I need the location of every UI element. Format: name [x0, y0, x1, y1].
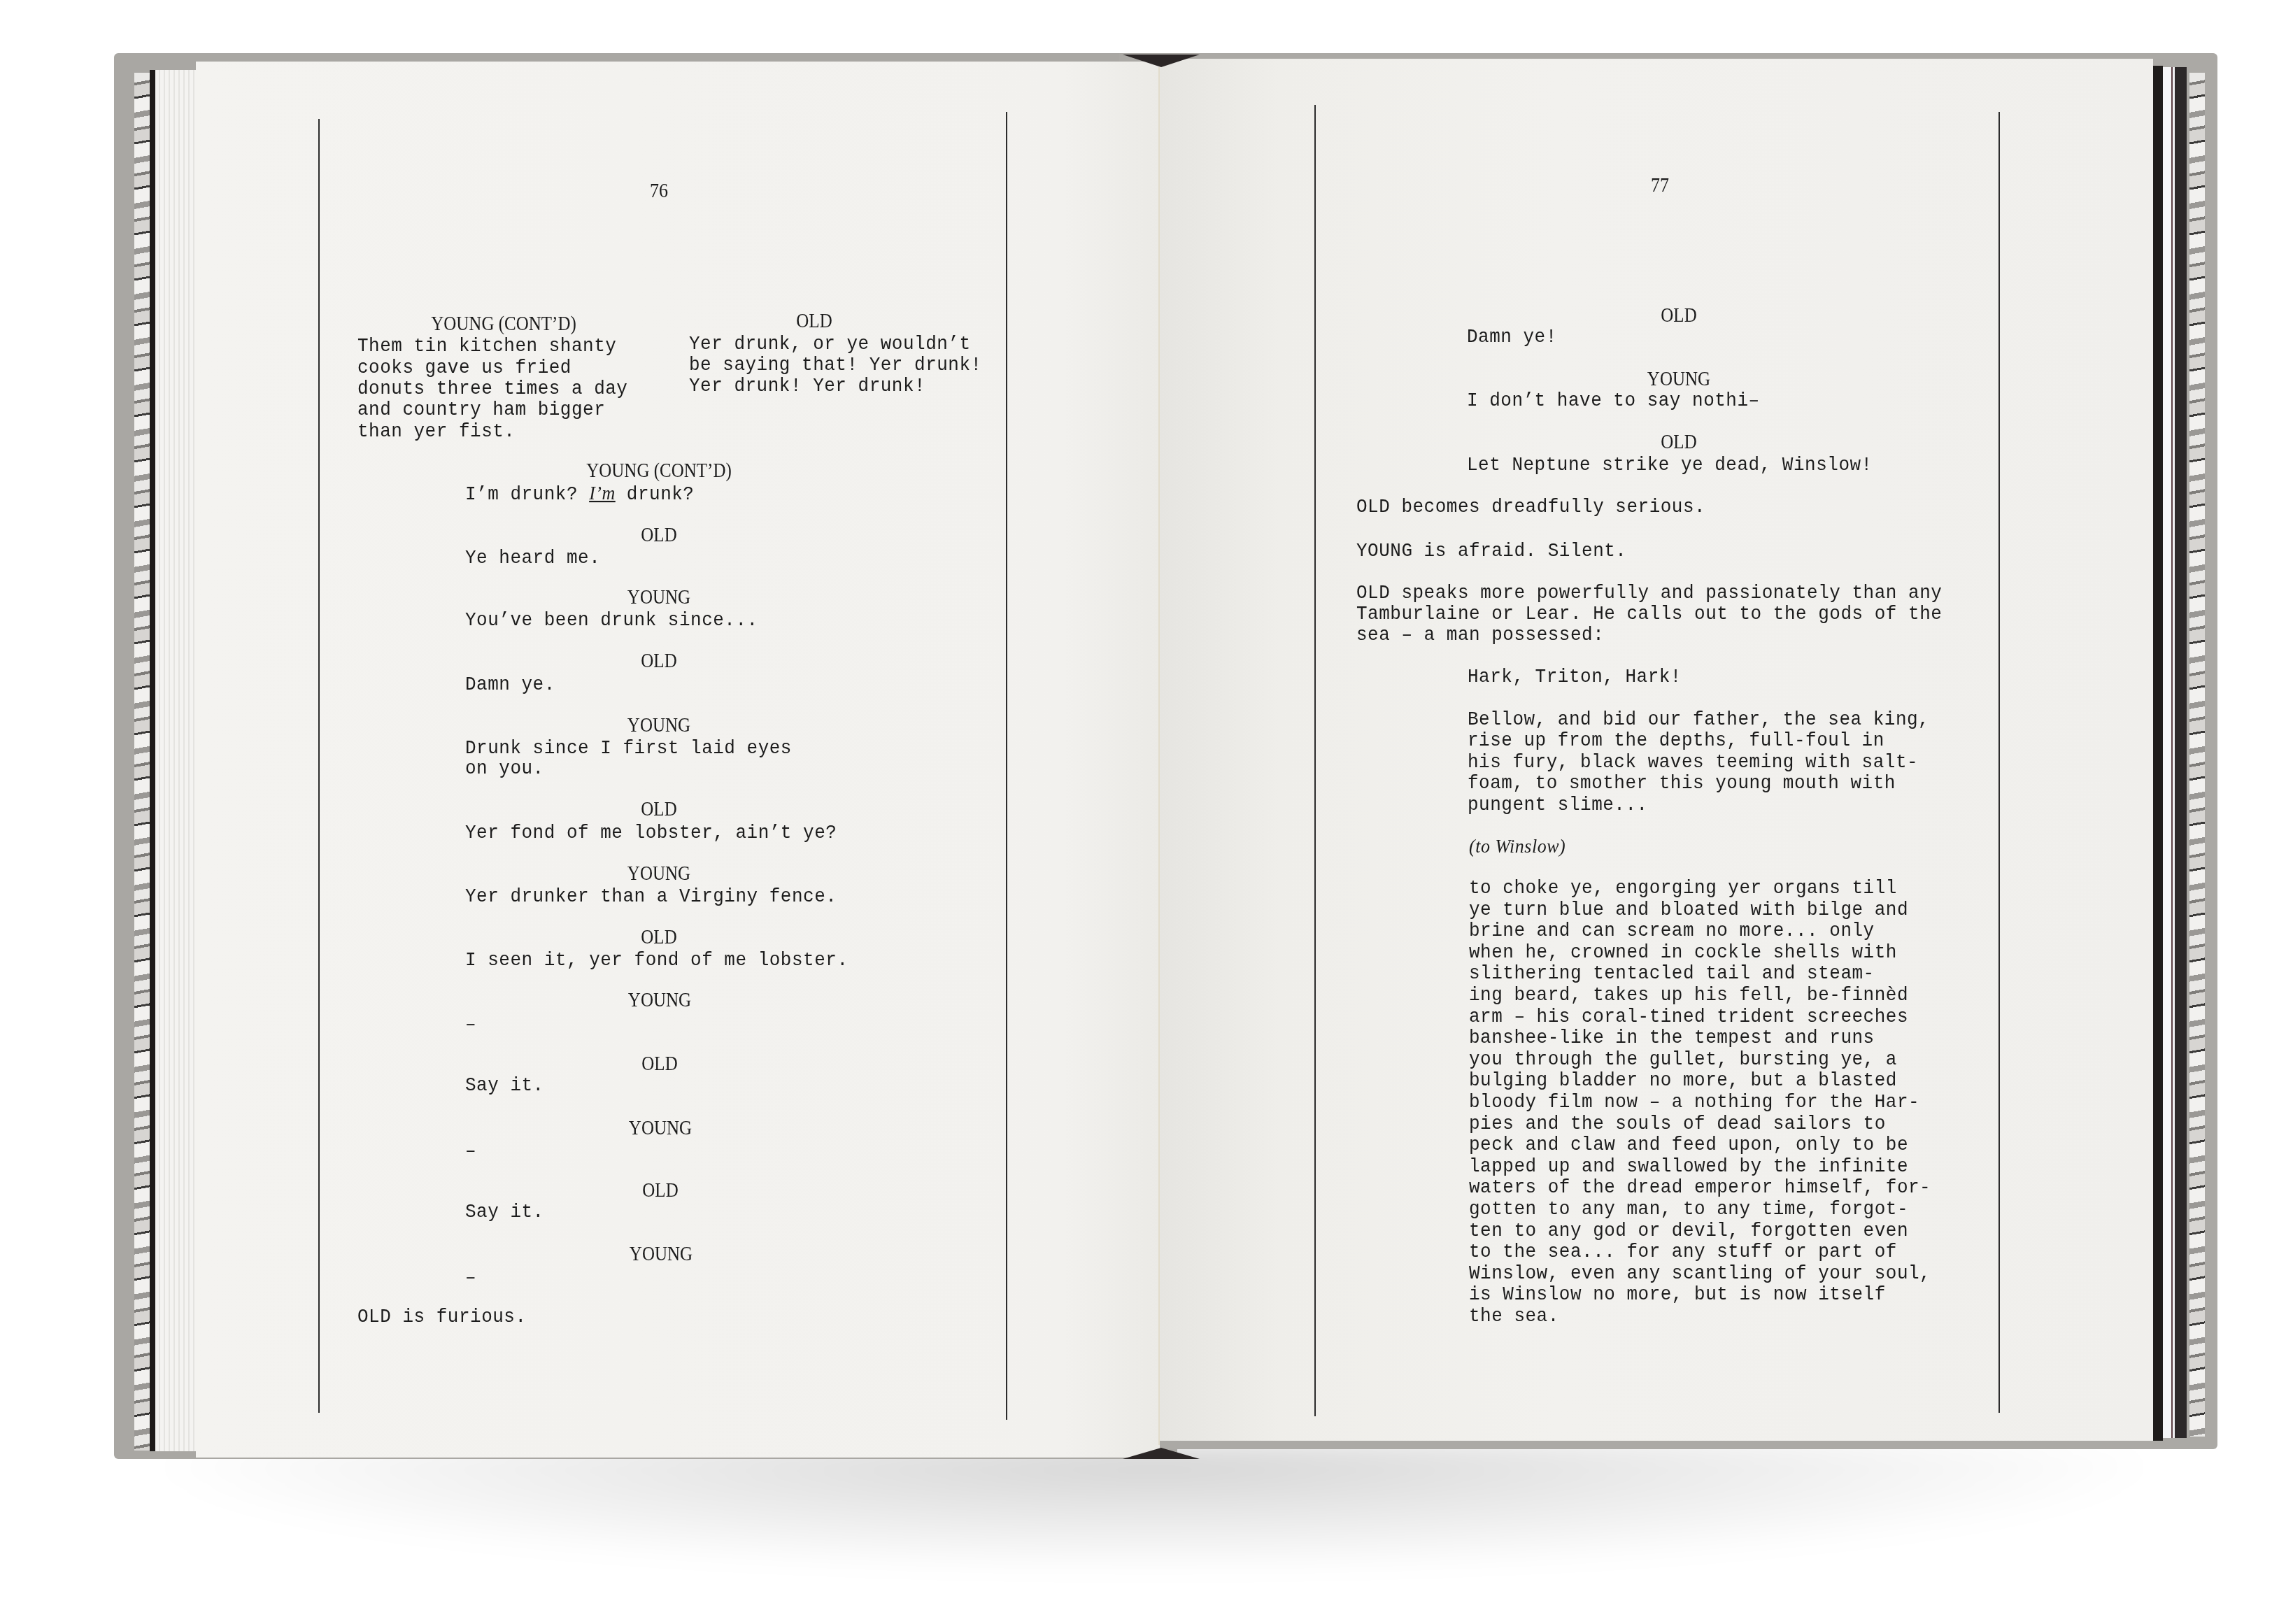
- character-cue: OLD: [642, 1180, 678, 1202]
- dialogue-line: peck and claw and feed upon, only to be: [1469, 1133, 1908, 1155]
- emphasis-underline: I’m: [589, 482, 616, 504]
- page-number-left: 76: [650, 179, 668, 204]
- dialogue-line: slithering tentacled tail and steam-: [1469, 962, 1875, 984]
- dialogue-line: Yer fond of me lobster, ain’t ye?: [465, 821, 837, 843]
- dialogue-line: banshee-like in the tempest and runs: [1469, 1026, 1875, 1048]
- dialogue-line: Damn ye!: [1467, 325, 1557, 348]
- dialogue-line: ye turn blue and bloated with bilge and: [1469, 898, 1908, 920]
- character-cue: YOUNG (CONT’D): [586, 460, 732, 483]
- dialogue-line: the sea.: [1469, 1304, 1559, 1327]
- character-cue: YOUNG: [627, 863, 690, 885]
- character-cue: YOUNG: [630, 1244, 693, 1266]
- dialogue-line: to choke ye, engorging yer organs till: [1469, 876, 1897, 899]
- left-page-margin-rule-right: [1006, 112, 1007, 1420]
- character-cue: OLD: [641, 1053, 677, 1076]
- gutter-fold: [1158, 67, 1160, 1445]
- action-line: sea – a man possessed:: [1356, 623, 1604, 646]
- dialogue-line: Yer drunk! Yer drunk!: [689, 374, 925, 397]
- dialogue-line: bulging bladder no more, but a blasted: [1469, 1069, 1897, 1091]
- dialogue-line: is Winslow no more, but is now itself: [1469, 1283, 1886, 1305]
- character-cue: OLD: [796, 311, 832, 333]
- dialogue-line: Say it.: [465, 1074, 544, 1096]
- dialogue-line: Winslow, even any scantling of your soul…: [1469, 1262, 1931, 1284]
- action-line: YOUNG is afraid. Silent.: [1356, 539, 1626, 562]
- dialogue-line: Damn ye.: [465, 673, 555, 695]
- dialogue-line: be saying that! Yer drunk!: [689, 353, 982, 376]
- page-edge-dark-left: [150, 70, 155, 1451]
- dialogue-line: You’ve been drunk since...: [465, 608, 758, 631]
- page-stack-right: [2163, 67, 2187, 1438]
- action-line: OLD speaks more powerfully and passionat…: [1356, 581, 1942, 604]
- dialogue-line: I don’t have to say nothi–: [1467, 389, 1760, 411]
- dialogue-line: lapped up and swallowed by the infinite: [1469, 1155, 1908, 1177]
- dialogue-line: pungent slime...: [1468, 793, 1648, 815]
- dialogue-line: when he, crowned in cockle shells with: [1469, 941, 1897, 963]
- marbled-endpaper-left: [134, 73, 150, 1451]
- dialogue-line: and country ham bigger: [357, 398, 605, 420]
- dialogue-line: donuts three times a day: [357, 377, 627, 399]
- page-stack-left: [155, 70, 197, 1451]
- character-cue: OLD: [1661, 305, 1696, 327]
- dialogue-line: waters of the dread emperor himself, for…: [1469, 1176, 1931, 1198]
- character-cue: OLD: [641, 799, 676, 821]
- dialogue-line: Say it.: [465, 1200, 544, 1223]
- character-cue: OLD: [641, 525, 676, 547]
- dialogue-line: Drunk since I first laid eyes: [465, 736, 792, 759]
- dialogue-line: to the sea... for any stuff or part of: [1469, 1240, 1897, 1262]
- dialogue-line: Yer drunker than a Virginy fence.: [465, 885, 837, 907]
- dialogue-line: his fury, black waves teeming with salt-: [1468, 750, 1918, 773]
- parenthetical: (to Winslow): [1469, 835, 1566, 857]
- dialogue-line: foam, to smother this young mouth with: [1468, 771, 1896, 794]
- character-cue: YOUNG: [628, 990, 691, 1012]
- book-shadow: [140, 1441, 2168, 1574]
- right-page-margin-rule-left: [1314, 105, 1316, 1416]
- dialogue-line: –: [465, 1266, 476, 1288]
- dialogue-line: Them tin kitchen shanty: [357, 334, 616, 357]
- action-line: OLD becomes dreadfully serious.: [1356, 495, 1705, 518]
- dialogue-line: cooks gave us fried: [357, 356, 571, 378]
- character-cue: OLD: [1661, 432, 1696, 454]
- character-cue: OLD: [641, 650, 676, 673]
- dialogue-line: Hark, Triton, Hark!: [1468, 665, 1682, 688]
- dialogue-line: Yer drunk, or ye wouldn’t: [689, 332, 971, 355]
- action-line: OLD is furious.: [357, 1305, 527, 1327]
- marbled-endpaper-right: [2189, 73, 2205, 1437]
- dialogue-line: than yer fist.: [357, 420, 515, 442]
- dialogue-line: Bellow, and bid our father, the sea king…: [1468, 708, 1929, 730]
- dialogue-line: on you.: [465, 757, 544, 779]
- character-cue: YOUNG: [1647, 369, 1710, 391]
- left-page-margin-rule-left: [318, 119, 320, 1413]
- dialogue-line: gotten to any man, to any time, forgot-: [1469, 1197, 1908, 1220]
- page-number-right: 77: [1651, 173, 1669, 198]
- character-cue: YOUNG: [627, 587, 690, 609]
- character-cue: YOUNG (CONT’D): [431, 313, 576, 336]
- dialogue-line: Ye heard me.: [465, 546, 600, 569]
- dialogue-line: I’m drunk? I’m drunk?: [465, 482, 694, 505]
- dialogue-line: I seen it, yer fond of me lobster.: [465, 948, 849, 971]
- right-page-margin-rule-right: [1998, 112, 2000, 1413]
- dialogue-line: pies and the souls of dead sailors to: [1469, 1112, 1886, 1134]
- dialogue-line: ten to any god or devil, forgotten even: [1469, 1219, 1908, 1241]
- dialogue-line: Let Neptune strike ye dead, Winslow!: [1467, 453, 1873, 476]
- dialogue-line: –: [465, 1139, 476, 1162]
- dialogue-line: rise up from the depths, full-foul in: [1468, 729, 1884, 751]
- dialogue-line: you through the gullet, bursting ye, a: [1469, 1048, 1897, 1070]
- dialogue-line: ing beard, takes up his fell, be-finnèd: [1469, 983, 1908, 1006]
- dialogue-line: arm – his coral-tined trident screeches: [1469, 1005, 1908, 1027]
- character-cue: YOUNG: [629, 1118, 692, 1140]
- action-line: Tamburlaine or Lear. He calls out to the…: [1356, 602, 1942, 625]
- dialogue-line: –: [465, 1013, 476, 1035]
- dialogue-line: bloody film now – a nothing for the Har-: [1469, 1090, 1919, 1113]
- character-cue: OLD: [641, 927, 676, 949]
- dialogue-line: brine and can scream no more... only: [1469, 919, 1875, 941]
- character-cue: YOUNG: [627, 715, 690, 737]
